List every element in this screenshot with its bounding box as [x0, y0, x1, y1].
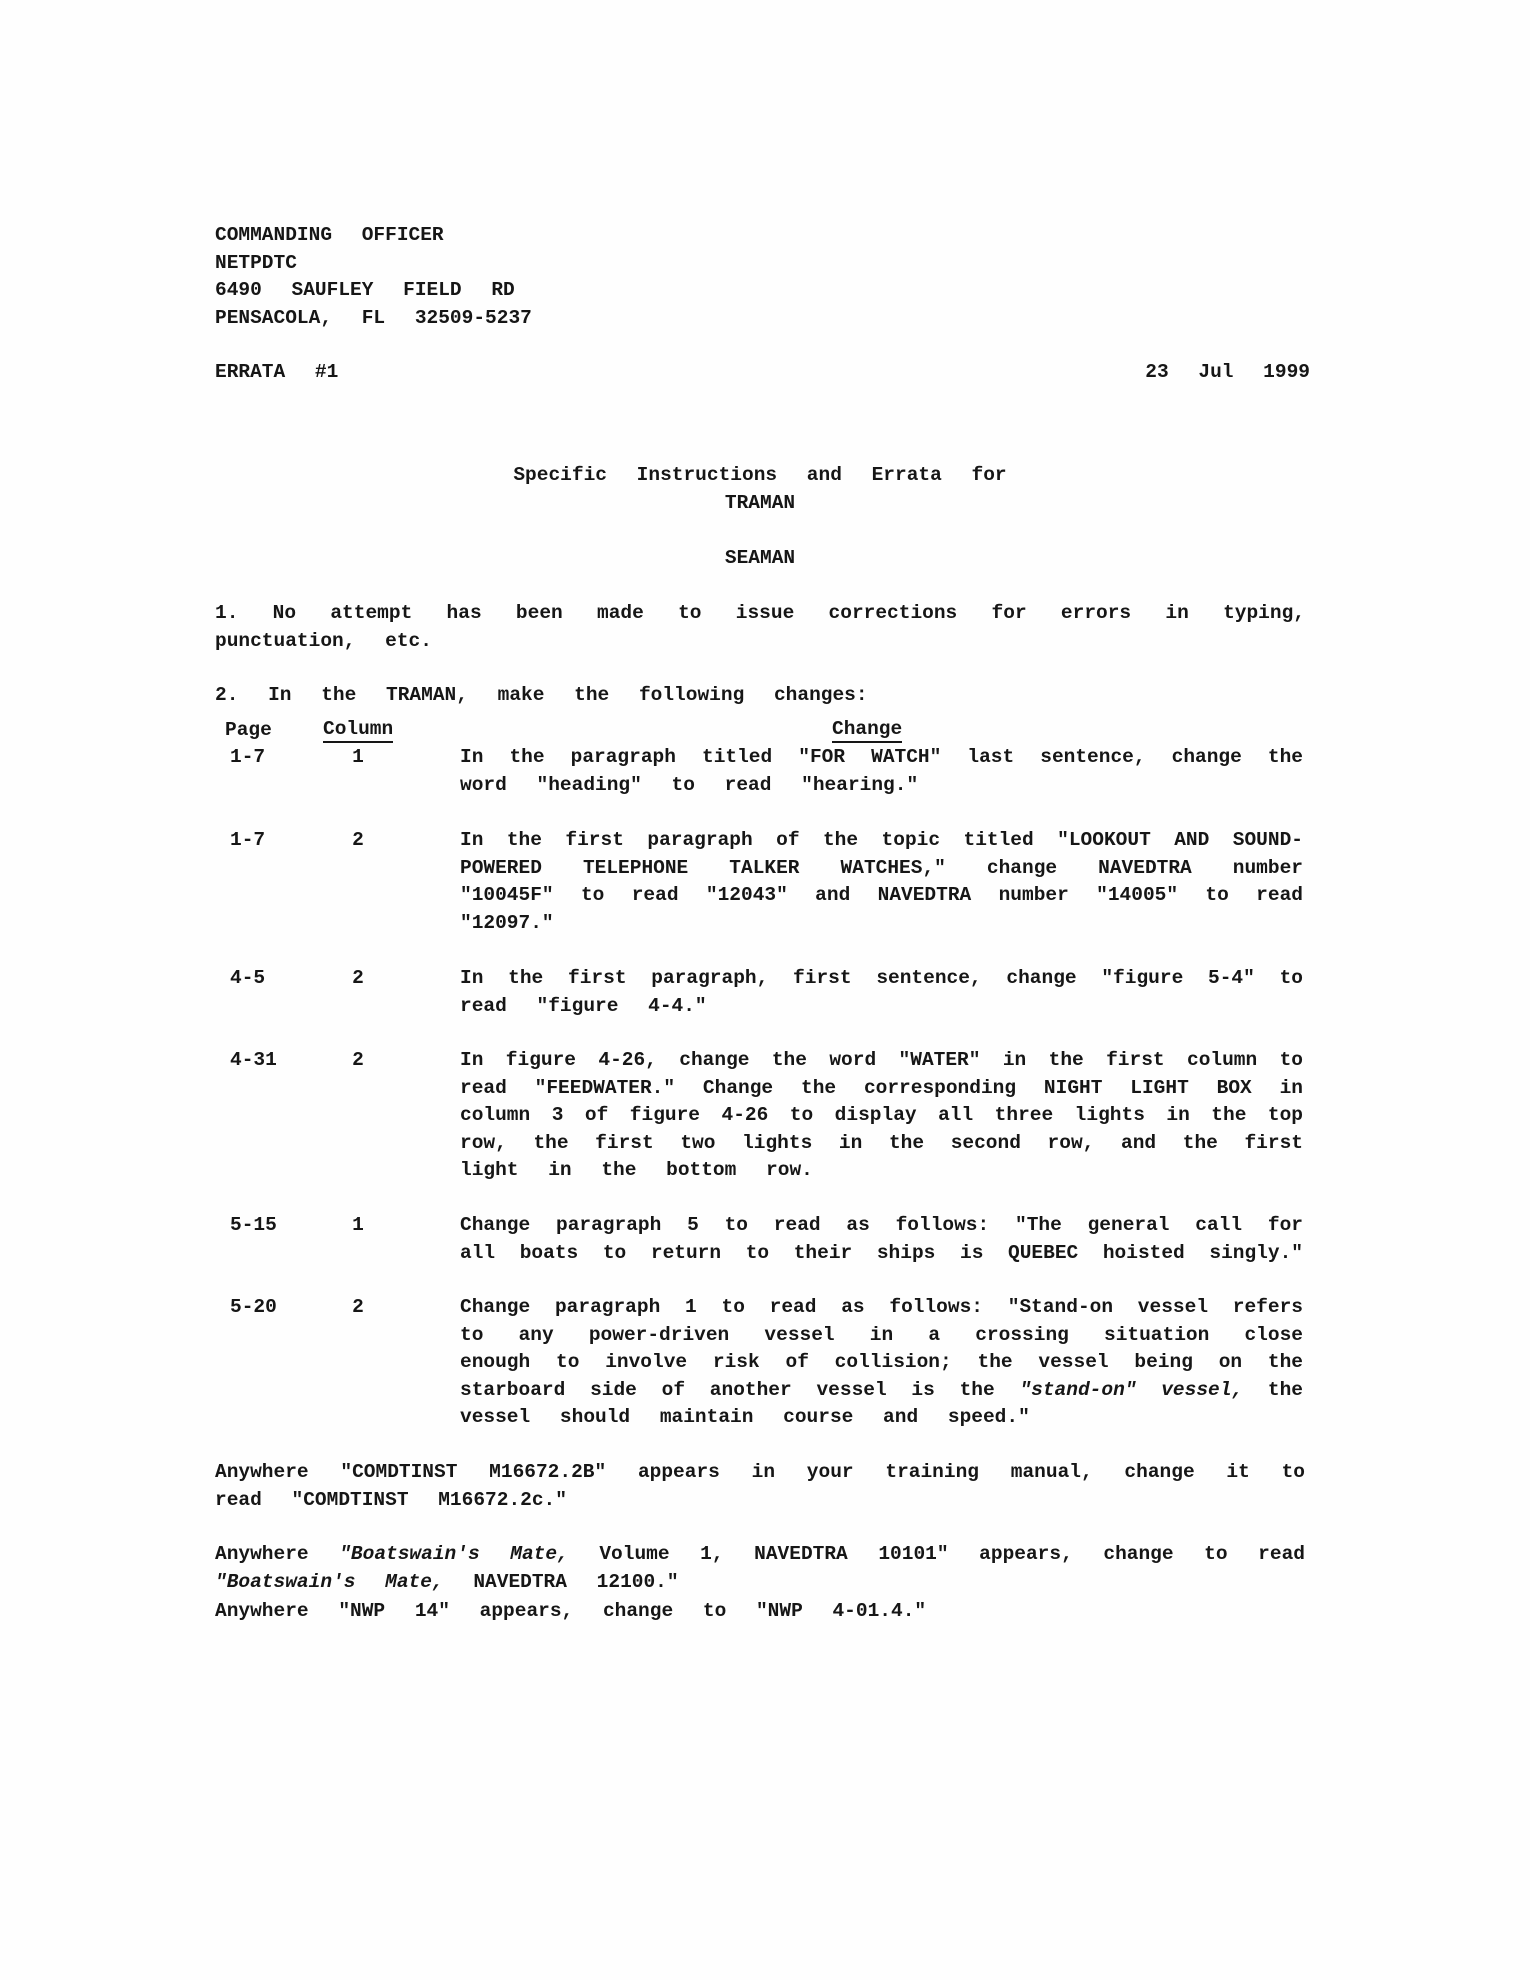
- footnote-comdtinst: Anywhere "COMDTINST M16672.2B" appears i…: [215, 1459, 1305, 1514]
- text-line: 2. In the TRAMAN, make the following cha…: [215, 682, 1305, 710]
- row-change-text: In the first paragraph, first sentence, …: [460, 965, 1303, 1020]
- text-line: row, the first two lights in the second …: [460, 1130, 1303, 1158]
- row-column-ref: 1: [333, 1212, 383, 1240]
- errata-number: ERRATA #1: [215, 359, 338, 387]
- text-line: starboard side of another vessel is the …: [460, 1377, 1303, 1405]
- row-page-ref: 1-7: [230, 744, 265, 772]
- text-line: In figure 4-26, change the word "WATER" …: [460, 1047, 1303, 1075]
- text-line: to any power-driven vessel in a crossing…: [460, 1322, 1303, 1350]
- text-line: read "FEEDWATER." Change the correspondi…: [460, 1075, 1303, 1103]
- text-line: vessel should maintain course and speed.…: [460, 1404, 1303, 1432]
- text-line: In the first paragraph, first sentence, …: [460, 965, 1303, 993]
- text-line: Specific Instructions and Errata for: [215, 462, 1305, 490]
- letterhead: COMMANDING OFFICERNETPDTC6490 SAUFLEY FI…: [215, 222, 1305, 332]
- row-page-ref: 1-7: [230, 827, 265, 855]
- paragraph-1: 1. No attempt has been made to issue cor…: [215, 600, 1305, 655]
- text-line: 1. No attempt has been made to issue cor…: [215, 600, 1305, 628]
- row-change-text: In figure 4-26, change the word "WATER" …: [460, 1047, 1303, 1185]
- text-line: all boats to return to their ships is QU…: [460, 1240, 1303, 1268]
- row-column-ref: 2: [333, 1294, 383, 1322]
- italic-text: "Boatswain's Mate,: [339, 1543, 569, 1565]
- text-line: Anywhere "NWP 14" appears, change to "NW…: [215, 1598, 1305, 1626]
- row-change-text: Change paragraph 5 to read as follows: "…: [460, 1212, 1303, 1267]
- italic-text: "stand-on" vessel,: [1019, 1379, 1243, 1401]
- text-line: punctuation, etc.: [215, 628, 1305, 656]
- column-header-column: Column: [323, 717, 393, 743]
- text-line: "Boatswain's Mate, NAVEDTRA 12100.": [215, 1569, 1305, 1597]
- italic-text: "Boatswain's Mate,: [215, 1571, 444, 1593]
- text-line: "12097.": [460, 910, 1303, 938]
- text-line: column 3 of figure 4-26 to display all t…: [460, 1102, 1303, 1130]
- row-column-ref: 1: [333, 744, 383, 772]
- text-line: TRAMAN: [215, 490, 1305, 518]
- text-line: read "figure 4-4.": [460, 993, 1303, 1021]
- row-change-text: In the first paragraph of the topic titl…: [460, 827, 1303, 937]
- row-page-ref: 4-31: [230, 1047, 277, 1075]
- text-line: Change paragraph 1 to read as follows: "…: [460, 1294, 1303, 1322]
- row-change-text: Change paragraph 1 to read as follows: "…: [460, 1294, 1303, 1432]
- row-column-ref: 2: [333, 1047, 383, 1075]
- row-column-ref: 2: [333, 965, 383, 993]
- errata-date-row: ERRATA #1 23 Jul 1999: [215, 359, 1310, 387]
- text-line: SEAMAN: [215, 545, 1305, 573]
- text-line: light in the bottom row.: [460, 1157, 1303, 1185]
- text-line: In the first paragraph of the topic titl…: [460, 827, 1303, 855]
- paragraph-2: 2. In the TRAMAN, make the following cha…: [215, 682, 1305, 710]
- document-date: 23 Jul 1999: [1145, 359, 1310, 387]
- column-header-change: Change: [832, 717, 902, 743]
- text-line: enough to involve risk of collision; the…: [460, 1349, 1303, 1377]
- text-line: "10045F" to read "12043" and NAVEDTRA nu…: [460, 882, 1303, 910]
- text-line: Change paragraph 5 to read as follows: "…: [460, 1212, 1303, 1240]
- text-line: POWERED TELEPHONE TALKER WATCHES," chang…: [460, 855, 1303, 883]
- column-header-page: Page: [225, 717, 272, 745]
- row-page-ref: 4-5: [230, 965, 265, 993]
- text-line: read "COMDTINST M16672.2c.": [215, 1487, 1305, 1515]
- row-page-ref: 5-20: [230, 1294, 277, 1322]
- footnote-nwp: Anywhere "NWP 14" appears, change to "NW…: [215, 1598, 1305, 1626]
- text-line: word "heading" to read "hearing.": [460, 772, 1303, 800]
- row-page-ref: 5-15: [230, 1212, 277, 1240]
- footnote-boatswains-mate: Anywhere "Boatswain's Mate, Volume 1, NA…: [215, 1541, 1305, 1596]
- text-line: COMMANDING OFFICER: [215, 222, 1305, 250]
- text-line: Anywhere "Boatswain's Mate, Volume 1, NA…: [215, 1541, 1305, 1569]
- errata-table-header: Page Column Change: [0, 717, 1530, 745]
- row-change-text: In the paragraph titled "FOR WATCH" last…: [460, 744, 1303, 799]
- text-line: PENSACOLA, FL 32509-5237: [215, 305, 1305, 333]
- text-line: [215, 517, 1305, 545]
- text-line: Anywhere "COMDTINST M16672.2B" appears i…: [215, 1459, 1305, 1487]
- document-title: Specific Instructions and Errata forTRAM…: [215, 462, 1305, 572]
- text-line: In the paragraph titled "FOR WATCH" last…: [460, 744, 1303, 772]
- text-line: 6490 SAUFLEY FIELD RD: [215, 277, 1305, 305]
- document-page: COMMANDING OFFICERNETPDTC6490 SAUFLEY FI…: [0, 0, 1530, 1980]
- text-line: NETPDTC: [215, 250, 1305, 278]
- row-column-ref: 2: [333, 827, 383, 855]
